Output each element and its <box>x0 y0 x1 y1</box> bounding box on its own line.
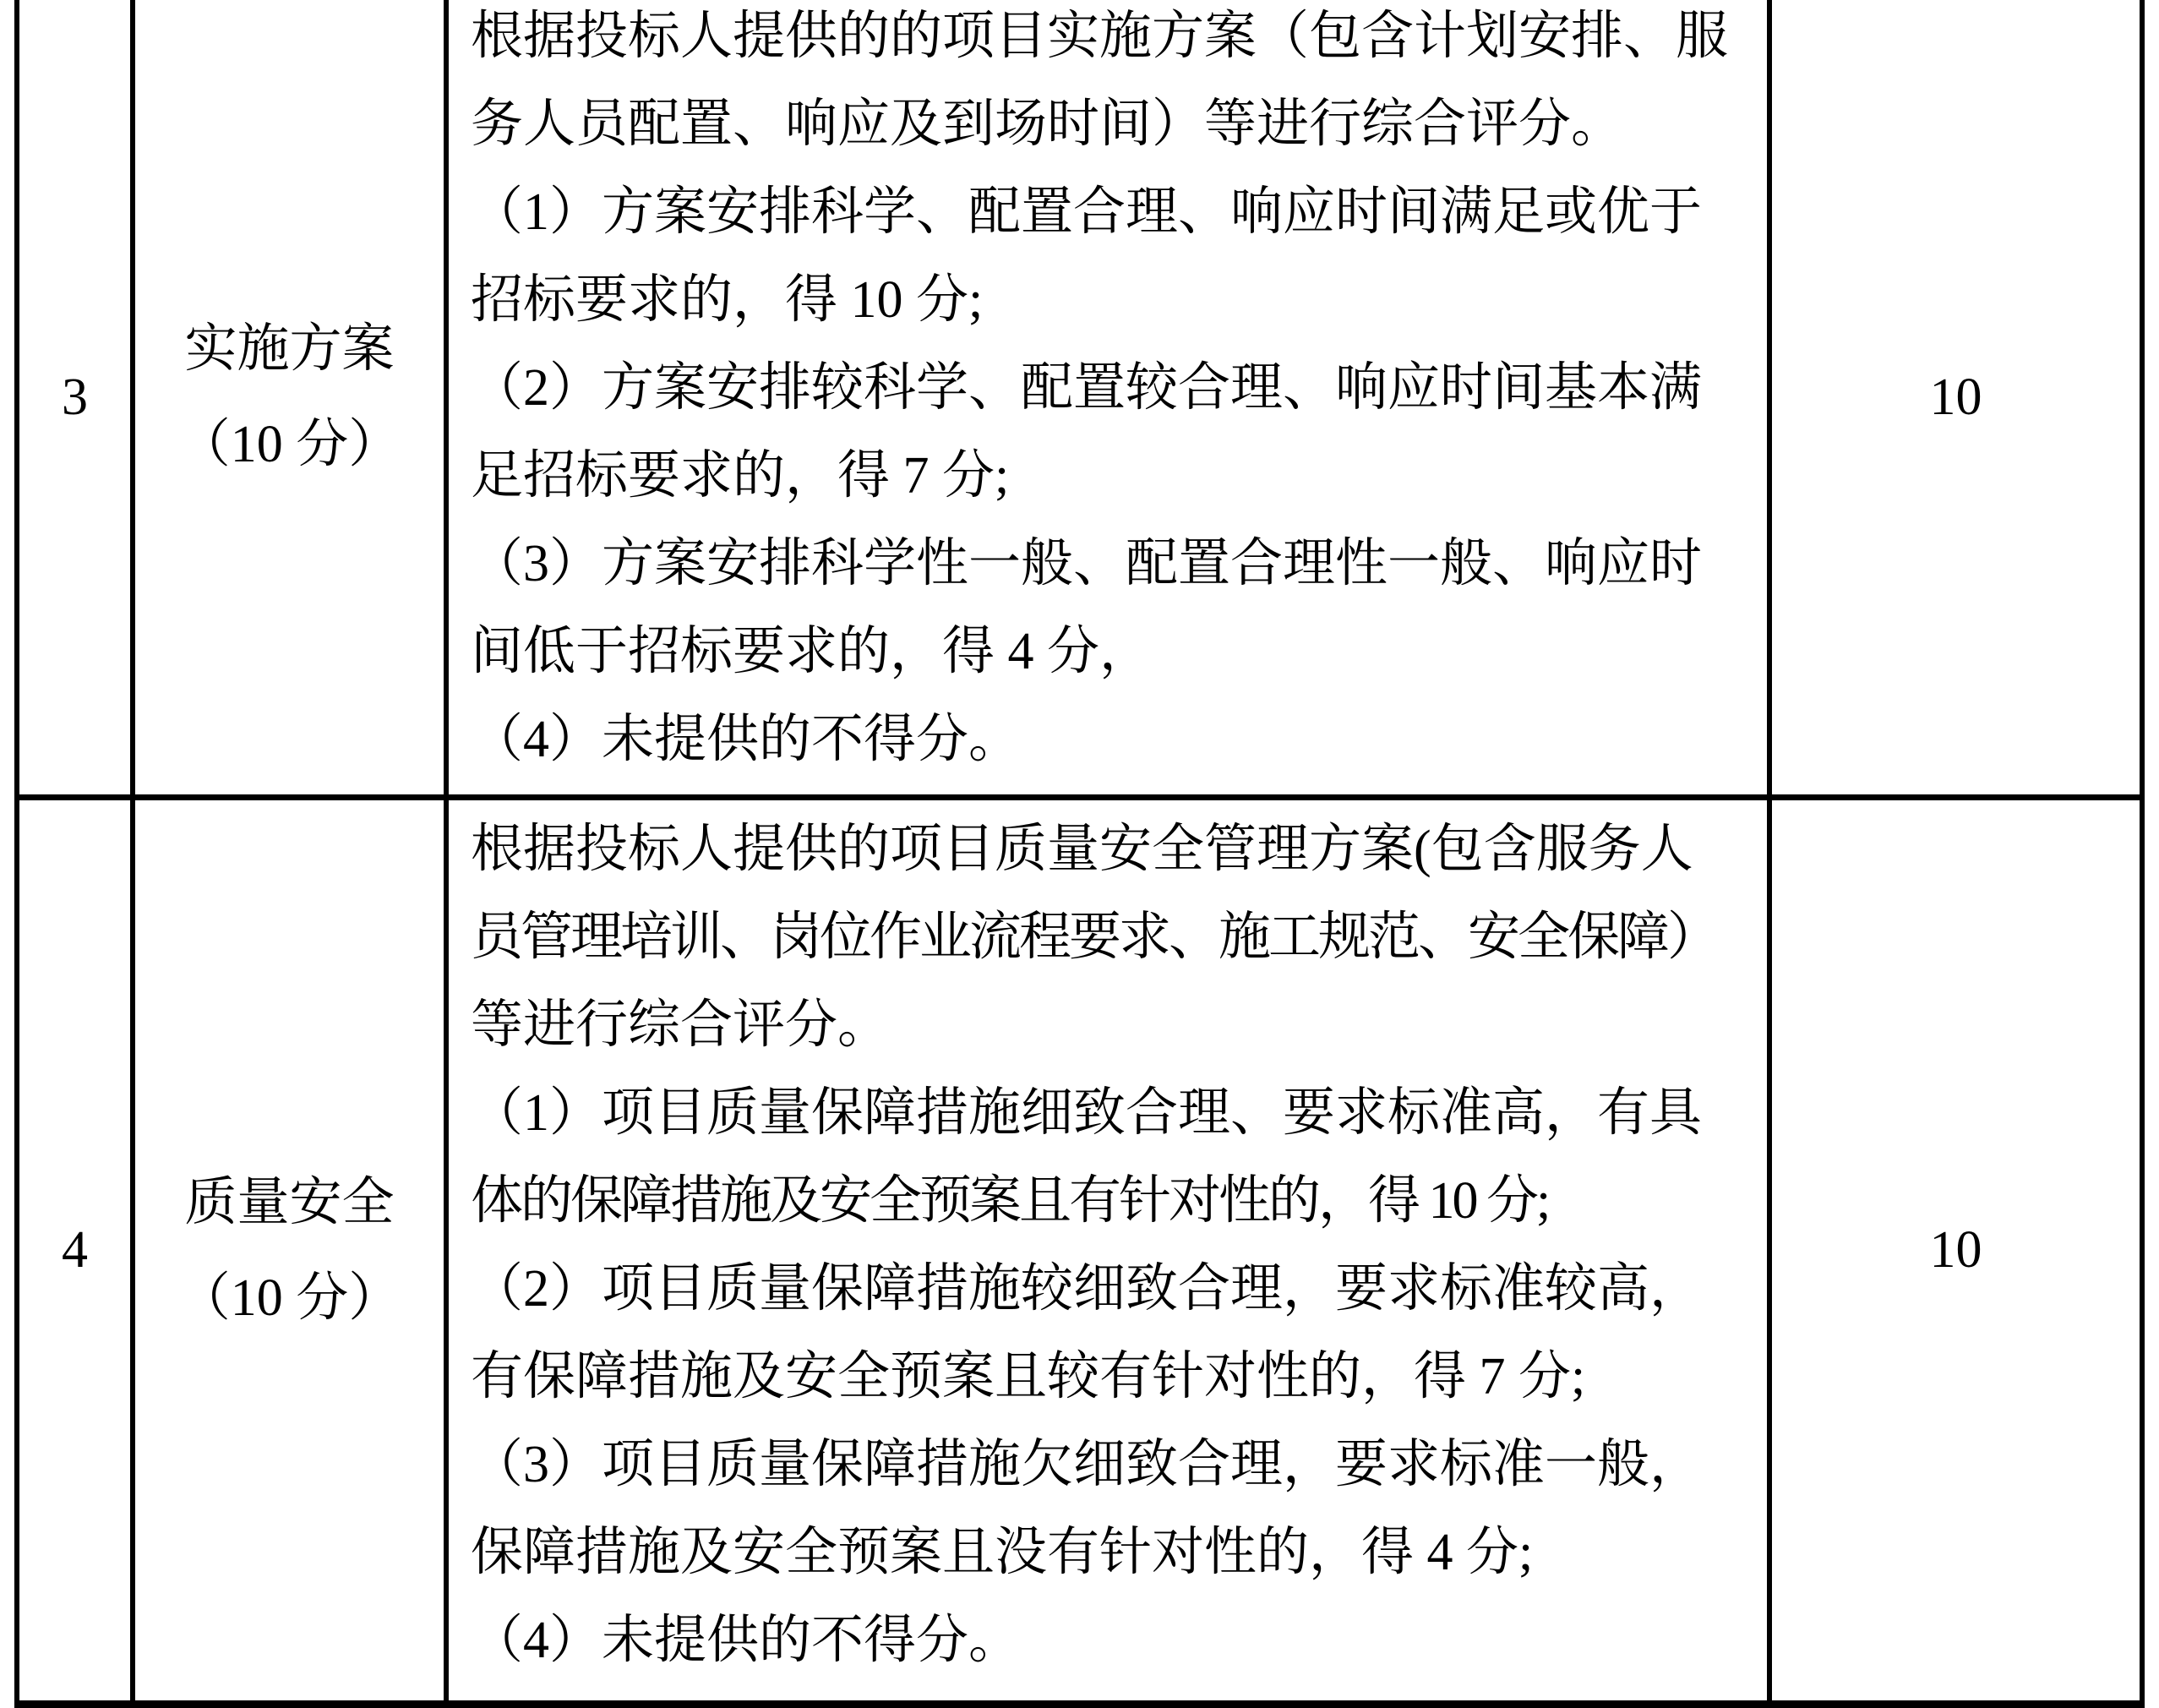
description-line: （3）项目质量保障措施欠细致合理，要求标准一般， <box>471 1421 1745 1509</box>
row4-description: 根据投标人提供的项目质量安全管理方案(包含服务人员管理培训、岗位作业流程要求、施… <box>471 805 1745 1684</box>
row3-index: 3 <box>62 368 88 428</box>
description-line: 招标要求的，得 10 分; <box>471 256 1745 344</box>
table-row-divider <box>14 794 2145 800</box>
row4-criterion-points: （10 分） <box>178 1251 401 1346</box>
row4-index-cell: 4 <box>19 800 130 1700</box>
row4-score: 10 <box>1930 1220 1982 1280</box>
row4-index: 4 <box>62 1220 88 1280</box>
row4-score-cell: 10 <box>1772 800 2140 1700</box>
description-line: （2）方案安排较科学、配置较合理、响应时间基本满 <box>471 344 1745 432</box>
row3-criterion-points: （10 分） <box>178 397 401 493</box>
row3-criterion-name: 实施方案 <box>184 302 394 397</box>
row3-score: 10 <box>1930 368 1982 428</box>
row3-index-cell: 3 <box>19 0 130 794</box>
description-line: 等进行综合评分。 <box>471 981 1745 1069</box>
row3-description-cell: 根据投标人提供的的项目实施方案（包含计划安排、服务人员配置、响应及到场时间）等进… <box>449 0 1767 794</box>
row3-criterion-cell: 实施方案 （10 分） <box>135 0 444 794</box>
description-line: 足招标要求的，得 7 分; <box>471 432 1745 520</box>
row4-description-cell: 根据投标人提供的项目质量安全管理方案(包含服务人员管理培训、岗位作业流程要求、施… <box>449 800 1767 1700</box>
description-line: （3）方案安排科学性一般、配置合理性一般、响应时 <box>471 520 1745 608</box>
description-line: 务人员配置、响应及到场时间）等进行综合评分。 <box>471 80 1745 168</box>
description-line: 体的保障措施及安全预案且有针对性的，得 10 分; <box>471 1157 1745 1245</box>
description-line: 保障措施及安全预案且没有针对性的，得 4 分; <box>471 1509 1745 1596</box>
description-line: （1）项目质量保障措施细致合理、要求标准高，有具 <box>471 1069 1745 1157</box>
table-border-bottom <box>14 1700 2145 1708</box>
description-line: 有保障措施及安全预案且较有针对性的，得 7 分; <box>471 1333 1745 1421</box>
row3-score-cell: 10 <box>1772 0 2140 794</box>
description-line: （1）方案安排科学、配置合理、响应时间满足或优于 <box>471 168 1745 256</box>
description-line: 根据投标人提供的的项目实施方案（包含计划安排、服 <box>471 0 1745 80</box>
description-line: （2）项目质量保障措施较细致合理，要求标准较高， <box>471 1245 1745 1333</box>
description-line: 间低于招标要求的，得 4 分， <box>471 608 1745 696</box>
row4-criterion-cell: 质量安全 （10 分） <box>135 800 444 1700</box>
description-line: （4）未提供的不得分。 <box>471 696 1745 783</box>
table-border-right <box>2140 0 2145 1708</box>
description-line: 员管理培训、岗位作业流程要求、施工规范、安全保障） <box>471 893 1745 981</box>
description-line: （4）未提供的不得分。 <box>471 1596 1745 1684</box>
description-line: 根据投标人提供的项目质量安全管理方案(包含服务人 <box>471 805 1745 893</box>
row4-criterion-name: 质量安全 <box>184 1155 394 1251</box>
row3-description: 根据投标人提供的的项目实施方案（包含计划安排、服务人员配置、响应及到场时间）等进… <box>471 0 1745 783</box>
evaluation-table-page: 3 实施方案 （10 分） 根据投标人提供的的项目实施方案（包含计划安排、服务人… <box>0 0 2159 1708</box>
